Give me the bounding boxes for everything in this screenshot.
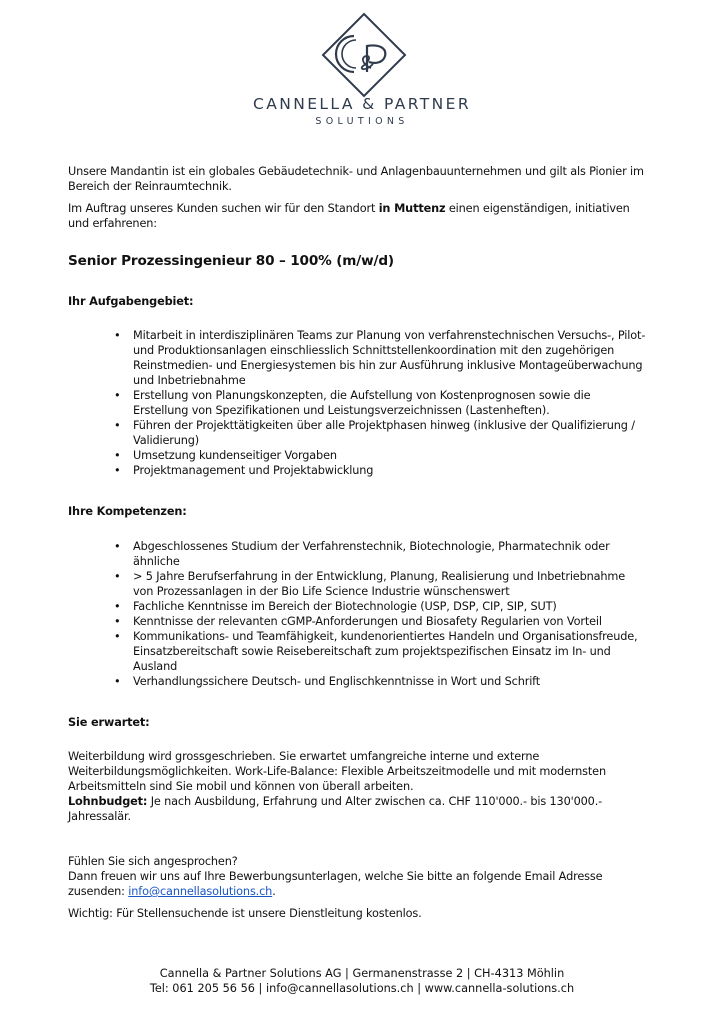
list-item: •Fachliche Kenntnisse im Bereich der Bio…	[114, 599, 648, 614]
salary-label: Lohnbudget:	[68, 795, 147, 808]
tasks-heading: Ihr Aufgabengebiet:	[68, 294, 648, 309]
list-item: •> 5 Jahre Berufserfahrung in der Entwic…	[114, 569, 648, 599]
job-posting: Unsere Mandantin ist ein globales Gebäud…	[68, 164, 648, 921]
list-item-text: Projektmanagement und Projektabwicklung	[133, 464, 373, 477]
list-item: •Kenntnisse der relevanten cGMP-Anforder…	[114, 614, 648, 629]
list-item-text: > 5 Jahre Berufserfahrung in der Entwick…	[133, 570, 625, 598]
contact-question: Fühlen Sie sich angesprochen?	[68, 854, 648, 869]
competences-list: •Abgeschlossenes Studium der Verfahrenst…	[114, 539, 648, 689]
bullet-icon: •	[114, 463, 121, 478]
intro-paragraph-1: Unsere Mandantin ist ein globales Gebäud…	[68, 164, 648, 194]
service-note: Wichtig: Für Stellensuchende ist unsere …	[68, 906, 648, 921]
bullet-icon: •	[114, 569, 121, 584]
brand-name: CANNELLA & PARTNER	[0, 95, 724, 113]
bullet-icon: •	[114, 614, 121, 629]
list-item-text: Abgeschlossenes Studium der Verfahrenste…	[133, 540, 610, 568]
location-highlight: in Muttenz	[379, 202, 446, 215]
page-footer: Cannella & Partner Solutions AG | German…	[0, 966, 724, 996]
bullet-icon: •	[114, 328, 121, 343]
list-item-text: Umsetzung kundenseitiger Vorgaben	[133, 449, 337, 462]
list-item: •Kommunikations- und Teamfähigkeit, kund…	[114, 629, 648, 674]
salary-line: Lohnbudget: Je nach Ausbildung, Erfahrun…	[68, 794, 648, 824]
salary-text: Je nach Ausbildung, Erfahrung und Alter …	[68, 795, 602, 823]
expectations-heading: Sie erwartet:	[68, 715, 648, 730]
bullet-icon: •	[114, 629, 121, 644]
list-item-text: Erstellung von Planungskonzepten, die Au…	[133, 389, 590, 417]
brand-subtitle: SOLUTIONS	[0, 116, 724, 127]
expectations-block: Weiterbildung wird grossgeschrieben. Sie…	[68, 749, 648, 824]
list-item-text: Verhandlungssichere Deutsch- und Englisc…	[133, 675, 540, 688]
list-item: •Mitarbeit in interdisziplinären Teams z…	[114, 328, 648, 388]
intro-paragraph-2: Im Auftrag unseres Kunden suchen wir für…	[68, 201, 648, 231]
bullet-icon: •	[114, 448, 121, 463]
cp-diamond-logo-icon	[321, 12, 407, 98]
bullet-icon: •	[114, 418, 121, 433]
list-item: •Abgeschlossenes Studium der Verfahrenst…	[114, 539, 648, 569]
footer-address: Cannella & Partner Solutions AG | German…	[0, 966, 724, 981]
list-item: •Projektmanagement und Projektabwicklung	[114, 463, 648, 478]
email-link[interactable]: info@cannellasolutions.ch	[128, 885, 272, 898]
bullet-icon: •	[114, 388, 121, 403]
list-item-text: Mitarbeit in interdisziplinären Teams zu…	[133, 329, 645, 387]
contact-block: Fühlen Sie sich angesprochen? Dann freue…	[68, 854, 648, 899]
bullet-icon: •	[114, 599, 121, 614]
contact-text-after: .	[272, 885, 275, 898]
list-item: •Führen der Projekttätigkeiten über alle…	[114, 418, 648, 448]
bullet-icon: •	[114, 539, 121, 554]
list-item: •Verhandlungssichere Deutsch- und Englis…	[114, 674, 648, 689]
competences-heading: Ihre Kompetenzen:	[68, 504, 648, 519]
list-item-text: Kenntnisse der relevanten cGMP-Anforderu…	[133, 615, 602, 628]
list-item-text: Führen der Projekttätigkeiten über alle …	[133, 419, 635, 447]
expectations-text: Weiterbildung wird grossgeschrieben. Sie…	[68, 749, 648, 794]
list-item: •Erstellung von Planungskonzepten, die A…	[114, 388, 648, 418]
list-item: •Umsetzung kundenseitiger Vorgaben	[114, 448, 648, 463]
intro-text: Im Auftrag unseres Kunden suchen wir für…	[68, 202, 379, 215]
contact-text: Dann freuen wir uns auf Ihre Bewerbungsu…	[68, 869, 648, 899]
job-title: Senior Prozessingenieur 80 – 100% (m/w/d…	[68, 252, 648, 270]
list-item-text: Kommunikations- und Teamfähigkeit, kunde…	[133, 630, 637, 673]
company-logo: CANNELLA & PARTNER SOLUTIONS	[0, 0, 724, 135]
tasks-list: •Mitarbeit in interdisziplinären Teams z…	[114, 328, 648, 478]
footer-contact: Tel: 061 205 56 56 | info@cannellasoluti…	[0, 981, 724, 996]
bullet-icon: •	[114, 674, 121, 689]
list-item-text: Fachliche Kenntnisse im Bereich der Biot…	[133, 600, 557, 613]
